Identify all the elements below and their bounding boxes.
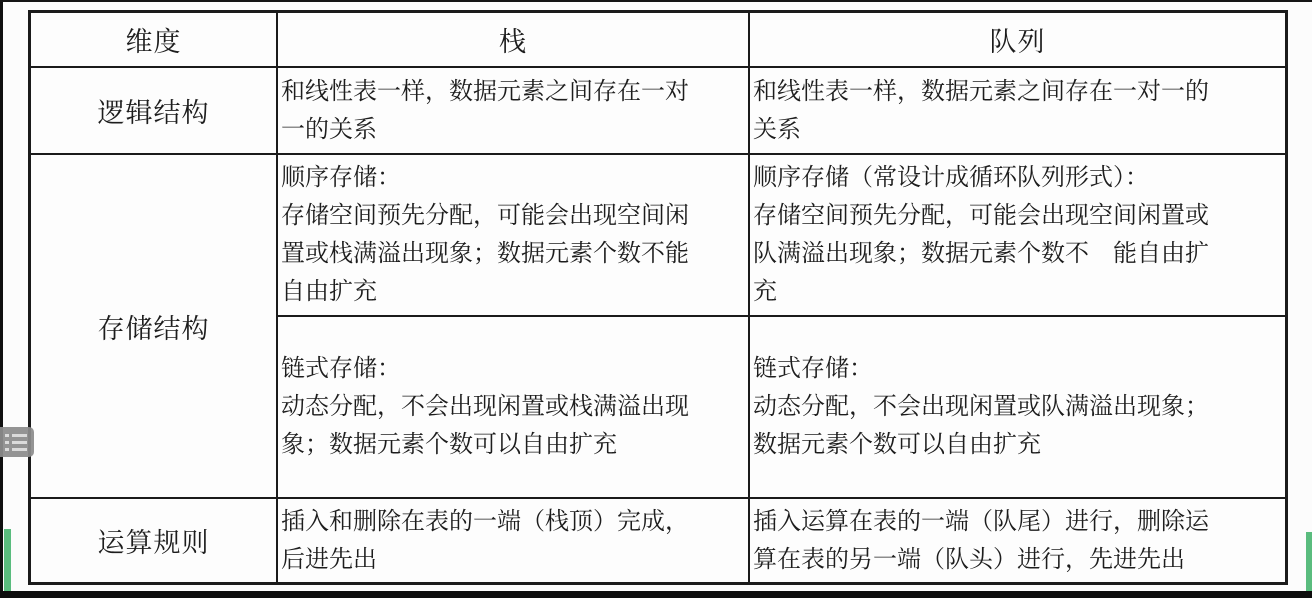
comparison-table: 维度 栈 队列 逻辑结构 和线性表一样，数据元素之间存在一对 一的关系 和线性表… xyxy=(28,10,1288,585)
logical-structure-label: 逻辑结构 xyxy=(98,91,210,130)
header-queue-label: 队列 xyxy=(990,20,1046,59)
cell-logical-stack: 和线性表一样，数据元素之间存在一对 一的关系 xyxy=(278,68,750,155)
linked-queue-text: 链式存储： 动态分配，不会出现闲置或队满溢出现象； 数据元素个数可以自由扩充 xyxy=(753,350,1209,464)
green-accent-bar-right xyxy=(1306,532,1312,592)
cell-sequential-storage-queue: 顺序存储（常设计成循环队列形式）： 存储空间预先分配，可能会出现空间闲置或 队满… xyxy=(750,155,1285,317)
logical-queue-text: 和线性表一样，数据元素之间存在一对一的 关系 xyxy=(753,73,1209,149)
screen-edge-bottom xyxy=(0,591,1312,598)
green-accent-bar-left xyxy=(4,529,11,592)
linked-stack-text: 链式存储： 动态分配，不会出现闲置或栈满溢出现 象；数据元素个数可以自由扩充 xyxy=(281,350,689,464)
header-queue-cell: 队列 xyxy=(750,13,1285,68)
sequential-queue-text: 顺序存储（常设计成循环队列形式）： 存储空间预先分配，可能会出现空间闲置或 队满… xyxy=(753,159,1209,311)
list-icon xyxy=(0,434,27,451)
screen-edge-left xyxy=(0,0,3,598)
sidebar-toggle-button[interactable] xyxy=(0,427,34,457)
sequential-stack-text: 顺序存储： 存储空间预先分配，可能会出现空间闲 置或栈满溢出现象；数据元素个数不… xyxy=(281,159,689,311)
operation-queue-text: 插入运算在表的一端（队尾）进行，删除运 算在表的另一端（队头）进行，先进先出 xyxy=(753,503,1209,579)
header-dimension-cell: 维度 xyxy=(31,13,278,68)
cell-operation-queue: 插入运算在表的一端（队尾）进行，删除运 算在表的另一端（队头）进行，先进先出 xyxy=(750,499,1285,582)
cell-logical-queue: 和线性表一样，数据元素之间存在一对一的 关系 xyxy=(750,68,1285,155)
cell-linked-storage-queue: 链式存储： 动态分配，不会出现闲置或队满溢出现象； 数据元素个数可以自由扩充 xyxy=(750,317,1285,499)
cell-sequential-storage-stack: 顺序存储： 存储空间预先分配，可能会出现空间闲 置或栈满溢出现象；数据元素个数不… xyxy=(278,155,750,317)
storage-structure-label: 存储结构 xyxy=(98,307,210,346)
cell-linked-storage-stack: 链式存储： 动态分配，不会出现闲置或栈满溢出现 象；数据元素个数可以自由扩充 xyxy=(278,317,750,499)
screen-edge-top xyxy=(0,0,1312,2)
row-label-logical-structure: 逻辑结构 xyxy=(31,68,278,155)
page: 维度 栈 队列 逻辑结构 和线性表一样，数据元素之间存在一对 一的关系 和线性表… xyxy=(0,0,1312,598)
row-label-storage-structure: 存储结构 xyxy=(31,155,278,499)
header-stack-cell: 栈 xyxy=(278,13,750,68)
logical-stack-text: 和线性表一样，数据元素之间存在一对 一的关系 xyxy=(281,73,689,149)
operation-rules-label: 运算规则 xyxy=(98,521,210,560)
cell-operation-stack: 插入和删除在表的一端（栈顶）完成， 后进先出 xyxy=(278,499,750,582)
row-label-operation-rules: 运算规则 xyxy=(31,499,278,582)
header-dimension-label: 维度 xyxy=(126,20,182,59)
header-stack-label: 栈 xyxy=(499,20,527,59)
operation-stack-text: 插入和删除在表的一端（栈顶）完成， 后进先出 xyxy=(281,503,689,579)
